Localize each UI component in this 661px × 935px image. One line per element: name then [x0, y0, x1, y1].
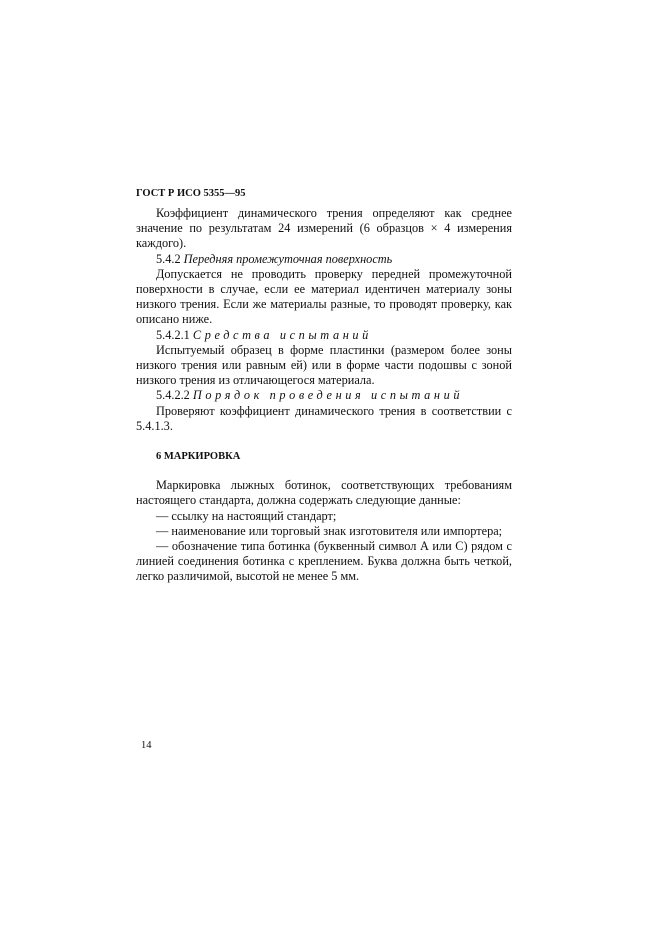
paragraph-marking-intro: Маркировка лыжных ботинок, соответствующ…	[136, 478, 512, 508]
paragraph-front-surface: Допускается не проводить проверку передн…	[136, 267, 512, 328]
subsection-title: Передняя промежуточная поверхность	[184, 252, 393, 266]
subsection-number: 5.4.2.2	[156, 388, 193, 402]
subsection-heading-5-4-2-1: 5.4.2.1 Средства испытаний	[136, 328, 512, 343]
subsection-heading-5-4-2: 5.4.2 Передняя промежуточная поверхность	[136, 252, 512, 267]
subsection-number: 5.4.2.1	[156, 328, 193, 342]
subsection-number: 5.4.2	[156, 252, 184, 266]
subsection-title: Порядок проведения испытаний	[193, 388, 463, 402]
list-item-boot-type: — обозначение типа ботинка (буквенный си…	[136, 539, 512, 585]
document-body: Коэффициент динамического трения определ…	[136, 206, 512, 585]
document-header: ГОСТ Р ИСО 5355—95	[136, 188, 246, 199]
subsection-heading-5-4-2-2: 5.4.2.2 Порядок проведения испытаний	[136, 388, 512, 403]
subsection-title: Средства испытаний	[193, 328, 372, 342]
list-item-standard-reference: — ссылку на настоящий стандарт;	[136, 509, 512, 524]
list-item-manufacturer: — наименование или торговый знак изготов…	[136, 524, 512, 539]
paragraph-test-procedure: Проверяют коэффициент динамического трен…	[136, 404, 512, 434]
page-number: 14	[141, 740, 152, 751]
paragraph-test-means: Испытуемый образец в форме пластинки (ра…	[136, 343, 512, 389]
paragraph-friction-coefficient: Коэффициент динамического трения определ…	[136, 206, 512, 252]
section-heading-marking: 6 МАРКИРОВКА	[136, 449, 512, 464]
